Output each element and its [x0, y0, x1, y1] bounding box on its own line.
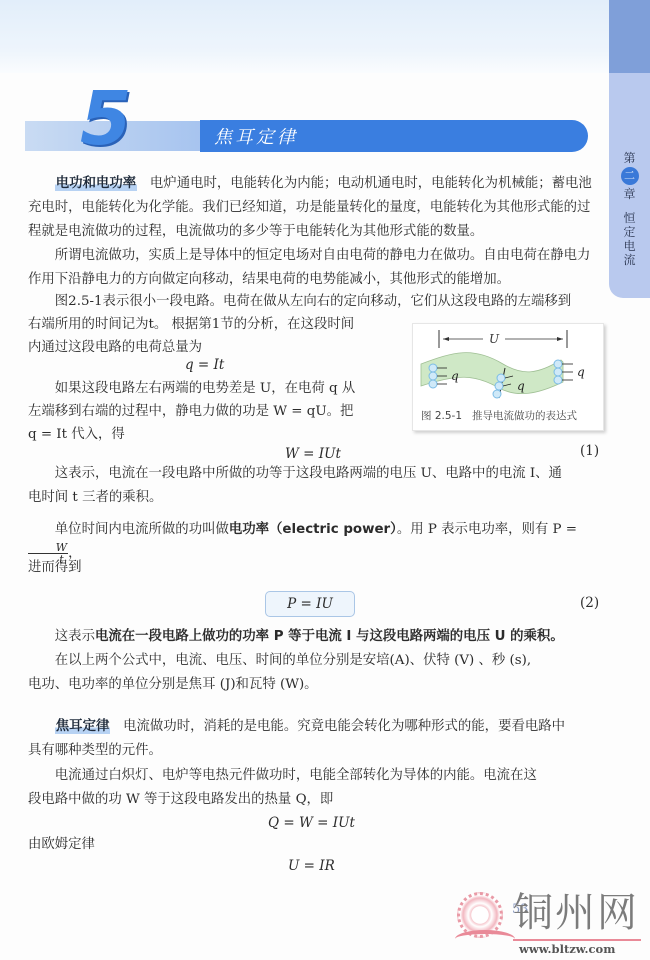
chapter-title-char: 恒	[623, 211, 635, 225]
paragraph-potential-line3: q = It 代入，得	[28, 423, 408, 447]
chapter-title: 恒 定 电 流	[623, 211, 635, 267]
watermark-wave-icon	[455, 930, 515, 948]
formula-w-equals-iut: W = IUt	[285, 446, 341, 462]
top-header-band	[0, 0, 609, 73]
watermark: 铜州网 www.bltzw.com	[455, 890, 645, 960]
side-tab-top-block	[609, 0, 650, 73]
paragraph-work-product-line1: 这表示，电流在一段电路中所做的功等于这段电路两端的电压 U、电路中的电流 I、通	[28, 462, 603, 486]
figure-caption-number: 图 2.5-1	[421, 410, 462, 422]
chapter-title-char: 流	[623, 253, 635, 267]
chapter-prefix: 第	[623, 151, 635, 165]
chapter-suffix: 章	[623, 187, 635, 201]
subsection-heading-electric-work: 电功和电功率	[55, 176, 137, 191]
formula-q-equals-it: q = It	[185, 357, 224, 373]
paragraph-potential-line2: 左端移到右端的过程中，静电力做的功是 W = qU。把	[28, 400, 408, 424]
paragraph-power-meaning: 这表示电流在一段电路上做功的功率 P 等于电流 I 与这段电路两端的电压 U 的…	[28, 625, 603, 649]
label-q-right: q	[577, 365, 585, 379]
boxed-formula-p-equals-iu: P = IU	[265, 591, 355, 617]
watermark-name: 铜州网	[513, 890, 639, 936]
chapter-side-tab: 第 二 章 恒 定 电 流	[609, 73, 650, 298]
paragraph-text: 单位时间内电流所做的功叫做	[55, 522, 229, 537]
paragraph-thus: 进而得到	[28, 556, 603, 580]
label-q-left: q	[451, 369, 459, 383]
term-electric-power: 电功率（electric power）	[229, 522, 397, 537]
formula-q-equals-w-equals-iut: Q = W = IUt	[268, 815, 355, 831]
paragraph-ohms-law: 由欧姆定律	[28, 833, 603, 857]
paragraph-intro: 电功和电功率 电炉通电时，电能转化为内能；电动机通电时，电能转化为机械能；蓄电池…	[28, 172, 603, 244]
figure-2-5-1: U q q q 图 2.5-1推导电流做功的表达式	[412, 323, 604, 431]
paragraph-text: 电流做功时，消耗的是电能。究竟电能会转化为哪种形式的能，要看电路中	[123, 719, 565, 734]
label-q-middle: q	[517, 379, 525, 393]
section-number: 5	[80, 84, 132, 154]
paragraph-potential-line1: 如果这段电路左右两端的电势差是 U，在电荷 q 从	[28, 377, 408, 401]
paragraph-work-essence: 所谓电流做功，实质上是导体中的恒定电场对自由电荷的静电力在做功。自由电荷在静电力…	[28, 244, 603, 292]
label-u: U	[489, 332, 500, 346]
subsection-heading-joule-law: 焦耳定律	[55, 719, 111, 734]
paragraph-heating-line2: 段电路中做的功 W 等于这段电路发出的热量 Q，即	[28, 788, 603, 812]
watermark-url: www.bltzw.com	[519, 942, 615, 956]
paragraph-joule-intro-line1: 焦耳定律 电流做功时，消耗的是电能。究竟电能会转化为哪种形式的能，要看电路中	[28, 715, 603, 739]
equation-number-2: (2)	[580, 595, 599, 611]
paragraph-joule-intro-line2: 具有哪种类型的元件。	[28, 739, 603, 763]
watermark-divider	[513, 939, 641, 941]
paragraph-figure-ref-line1: 图2.5-1表示很小一段电路。电荷在做从左向右的定向移动，它们从这段电路的左端移…	[28, 290, 603, 314]
key-statement-power: 电流在一段电路上做功的功率 P 等于电流 I 与这段电路两端的电压 U 的乘积。	[95, 629, 564, 644]
section-title: 焦耳定律	[200, 120, 588, 152]
equation-number-1: (1)	[580, 443, 599, 459]
paragraph-text: 这表示	[55, 629, 95, 644]
figure-caption: 图 2.5-1推导电流做功的表达式	[421, 408, 577, 423]
figure-caption-text: 推导电流做功的表达式	[472, 410, 577, 422]
paragraph-units-line2: 电功、电功率的单位分别是焦耳 (J)和瓦特 (W)。	[28, 673, 603, 697]
formula-u-equals-ir: U = IR	[288, 858, 335, 874]
paragraph-heating-line1: 电流通过白炽灯、电炉等电热元件做功时，电能全部转化为导体的内能。电流在这	[28, 764, 603, 788]
chapter-number-badge: 二	[621, 167, 639, 185]
chapter-title-char: 电	[623, 239, 635, 253]
paragraph-text: 。用 P 表示电功率，则有 P =	[397, 522, 577, 537]
paragraph-work-product-line2: 电时间 t 三者的乘积。	[28, 486, 603, 510]
paragraph-units-line1: 在以上两个公式中，电流、电压、时间的单位分别是安培(A)、伏特 (V) 、秒 (…	[28, 649, 603, 673]
chapter-title-char: 定	[623, 225, 635, 239]
